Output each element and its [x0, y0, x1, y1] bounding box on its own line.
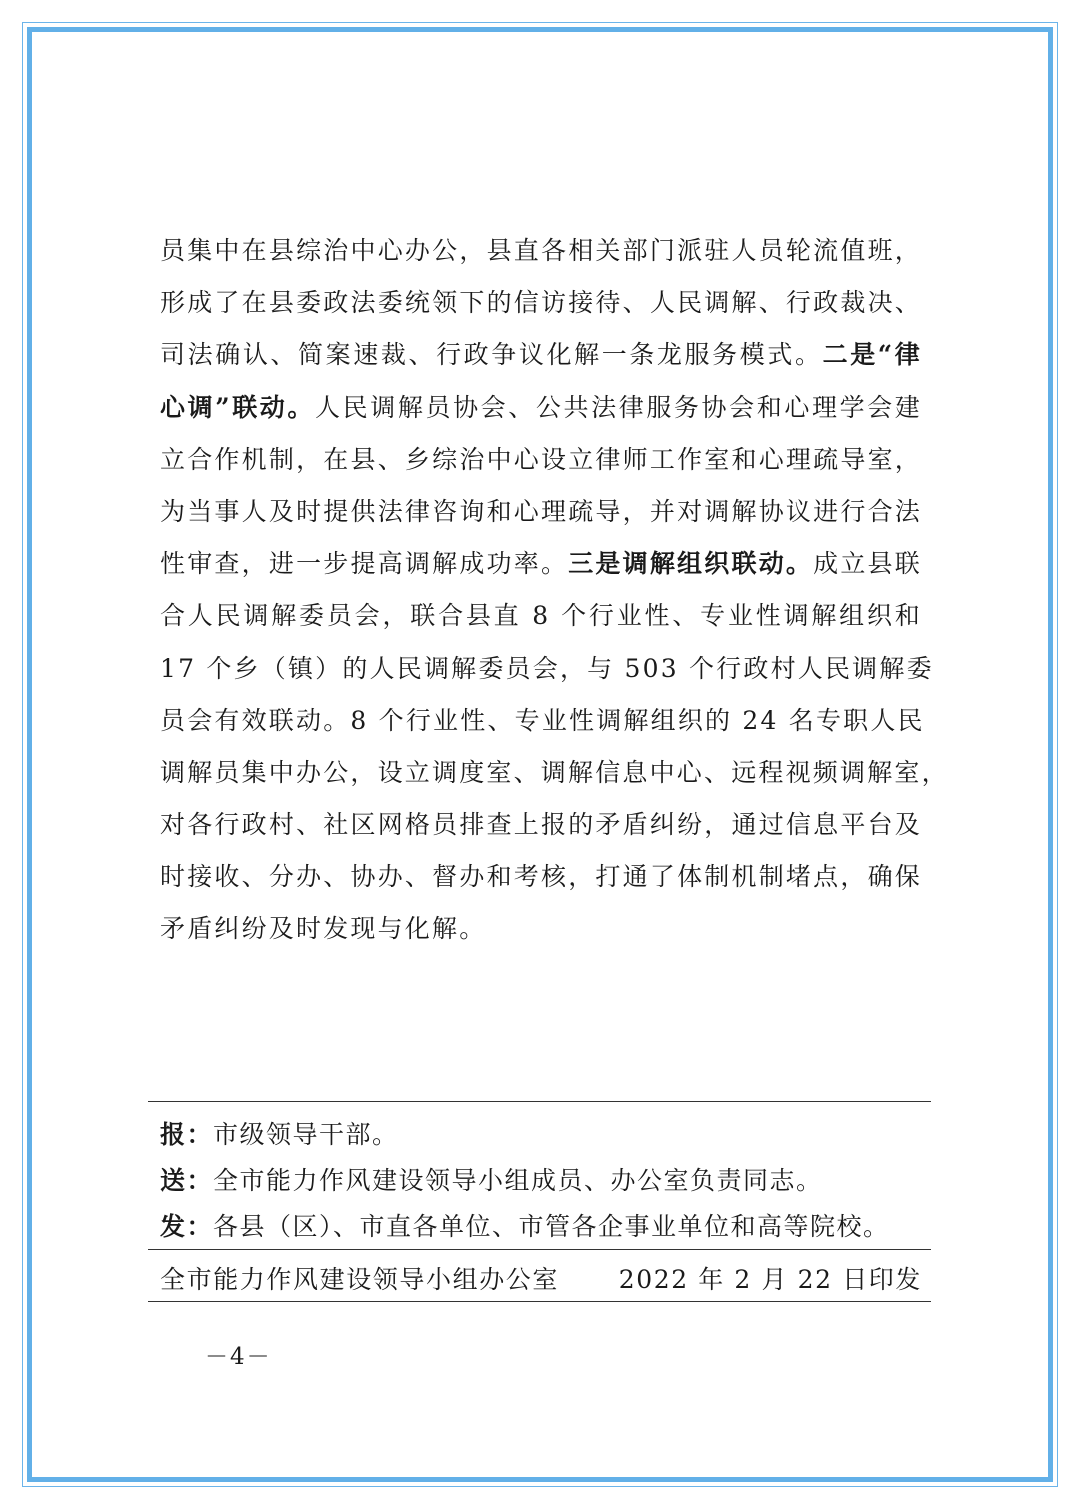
body-text-segment: 人民调解员协会、公共法律服务协会和心理学会建 — [315, 393, 922, 422]
body-line: 员集中在县综治中心办公，县直各相关部门派驻人员轮流值班， — [160, 225, 922, 277]
body-text-segment: 立合作机制，在县、乡综治中心设立律师工作室和心理疏导室， — [160, 445, 922, 474]
send-row: 送：全市能力作风建设领导小组成员、办公室负责同志。 — [160, 1158, 930, 1204]
body-text-segment: 合人民调解委员会，联合县直 8 个行业性、专业性调解组织和 — [160, 601, 922, 630]
bold-heading-text: 三是调解组织联动。 — [568, 549, 813, 578]
body-line: 司法确认、简案速裁、行政争议化解一条龙服务模式。二是“律 — [160, 329, 922, 381]
issue-date: 2022 年 2 月 22 日印发 — [619, 1262, 922, 1298]
body-text-segment: 形成了在县委政法委统领下的信访接待、人民调解、行政裁决、 — [160, 288, 922, 317]
body-line: 立合作机制，在县、乡综治中心设立律师工作室和心理疏导室， — [160, 434, 922, 486]
body-line: 性审查，进一步提高调解成功率。三是调解组织联动。成立县联 — [160, 538, 922, 590]
body-text-segment: 性审查，进一步提高调解成功率。 — [160, 549, 568, 578]
issuer-row: 全市能力作风建设领导小组办公室 2022 年 2 月 22 日印发 — [160, 1262, 922, 1298]
body-line: 17 个乡（镇）的人民调解委员会，与 503 个行政村人民调解委 — [160, 643, 922, 695]
body-line: 员会有效联动。8 个行业性、专业性调解组织的 24 名专职人民 — [160, 695, 922, 747]
send-value: 全市能力作风建设领导小组成员、办公室负责同志。 — [213, 1166, 823, 1195]
body-text-segment: 为当事人及时提供法律咨询和心理疏导，并对调解协议进行合法 — [160, 497, 922, 526]
body-line: 对各行政村、社区网格员排查上报的矛盾纠纷，通过信息平台及 — [160, 799, 922, 851]
body-line: 合人民调解委员会，联合县直 8 个行业性、专业性调解组织和 — [160, 590, 922, 642]
issue-label: 发： — [160, 1212, 213, 1241]
bold-heading-text: 心调”联动。 — [160, 393, 315, 422]
distribution-block: 报：市级领导干部。 送：全市能力作风建设领导小组成员、办公室负责同志。 发：各县… — [160, 1112, 930, 1250]
body-text-segment: 员集中在县综治中心办公，县直各相关部门派驻人员轮流值班， — [160, 236, 922, 265]
body-line: 调解员集中办公，设立调度室、调解信息中心、远程视频调解室， — [160, 747, 922, 799]
bold-heading-text: 二是“律 — [823, 340, 922, 369]
body-line: 矛盾纠纷及时发现与化解。 — [160, 903, 922, 955]
report-value: 市级领导干部。 — [213, 1120, 399, 1149]
send-label: 送： — [160, 1166, 213, 1195]
report-row: 报：市级领导干部。 — [160, 1112, 930, 1158]
report-label: 报： — [160, 1120, 213, 1149]
body-text-segment: 时接收、分办、协办、督办和考核，打通了体制机制堵点，确保 — [160, 862, 922, 891]
body-line: 为当事人及时提供法律咨询和心理疏导，并对调解协议进行合法 — [160, 486, 922, 538]
issue-row: 发：各县（区）、市直各单位、市管各企事业单位和高等院校。 — [160, 1204, 930, 1250]
body-text-segment: 调解员集中办公，设立调度室、调解信息中心、远程视频调解室， — [160, 758, 949, 787]
body-line: 时接收、分办、协办、督办和考核，打通了体制机制堵点，确保 — [160, 851, 922, 903]
body-text-segment: 成立县联 — [813, 549, 922, 578]
body-text-segment: 司法确认、简案速裁、行政争议化解一条龙服务模式。 — [160, 340, 823, 369]
body-paragraph: 员集中在县综治中心办公，县直各相关部门派驻人员轮流值班，形成了在县委政法委统领下… — [160, 225, 922, 956]
body-text-segment: 17 个乡（镇）的人民调解委员会，与 503 个行政村人民调解委 — [160, 654, 934, 683]
issuing-office: 全市能力作风建设领导小组办公室 — [160, 1262, 559, 1298]
body-text-segment: 对各行政村、社区网格员排查上报的矛盾纠纷，通过信息平台及 — [160, 810, 922, 839]
body-text-segment: 矛盾纠纷及时发现与化解。 — [160, 914, 486, 943]
divider-top — [148, 1101, 931, 1102]
divider-middle — [148, 1249, 931, 1250]
body-text-segment: 员会有效联动。8 个行业性、专业性调解组织的 24 名专职人民 — [160, 706, 925, 735]
issue-value: 各县（区）、市直各单位、市管各企事业单位和高等院校。 — [213, 1212, 890, 1241]
divider-bottom — [148, 1301, 931, 1302]
body-line: 形成了在县委政法委统领下的信访接待、人民调解、行政裁决、 — [160, 277, 922, 329]
page-number: －4－ — [205, 1338, 272, 1371]
body-line: 心调”联动。人民调解员协会、公共法律服务协会和心理学会建 — [160, 382, 922, 434]
